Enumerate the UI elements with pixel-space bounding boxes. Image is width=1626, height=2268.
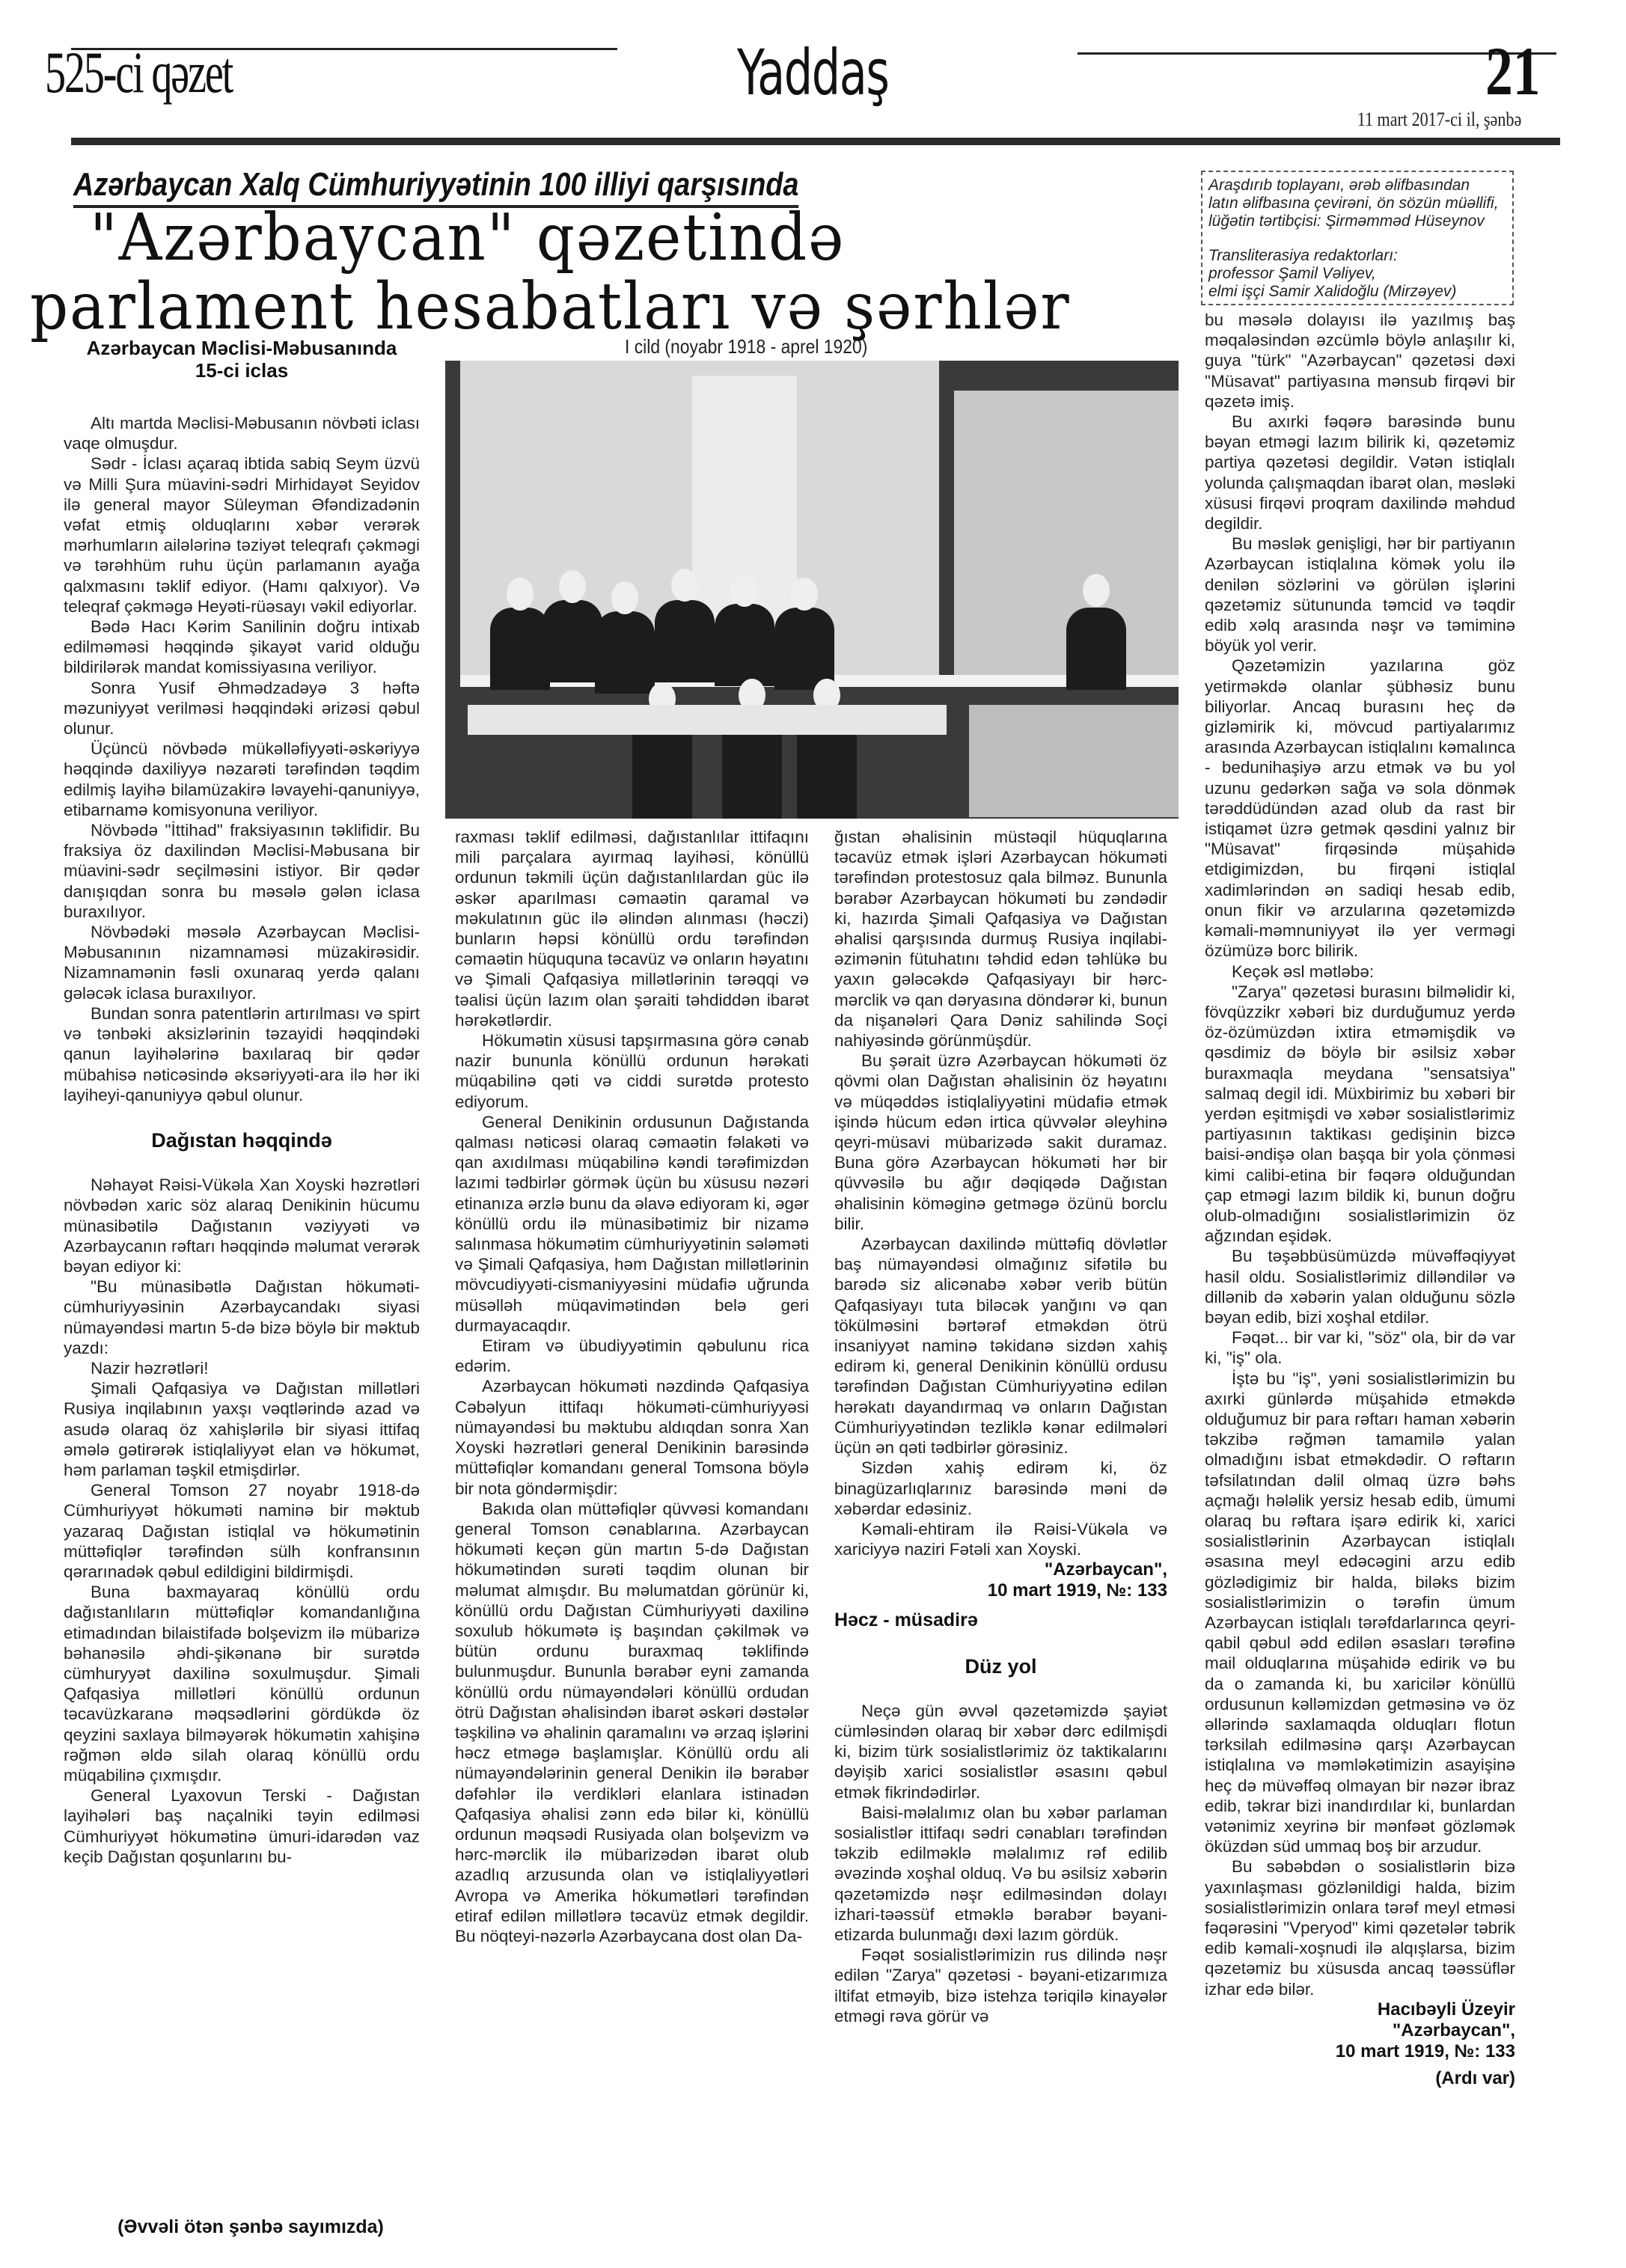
paragraph: Sədr - İclası açaraq ibtida sabiq Seym ü… xyxy=(64,453,420,617)
paragraph: General Tomson 27 noyabr 1918-də Cümhuri… xyxy=(64,1480,420,1582)
paragraph: Kəmali-ehtiram ilə Rəisi-Vükəla və xaric… xyxy=(834,1519,1167,1559)
paper-name: 525-ci qəzet xyxy=(45,39,232,106)
paragraph: Fəqət... bir var ki, "söz" ola, bir də v… xyxy=(1205,1327,1515,1368)
continued-from-note: (Əvvəli ötən şənbə sayımızda) xyxy=(82,2216,419,2238)
paragraph: Etiram və übudiyyətimin qəbulunu rica ed… xyxy=(455,1336,809,1376)
headline-line-1: "Azərbaycan" qəzetində xyxy=(90,201,845,275)
article-column-3: ğıstan əhalisinin müstəqil hüquqlarına t… xyxy=(834,827,1167,2026)
paragraph: Qəzetəmizin yazılarına göz yetirməkdə ol… xyxy=(1205,655,1515,961)
paragraph: Sizdən xahiş edirəm ki, öz binagüzarlıql… xyxy=(834,1458,1167,1519)
credits-box: Araşdırıb toplayanı, ərəb əlifbasından l… xyxy=(1201,171,1514,305)
archival-photo xyxy=(445,361,1179,819)
paragraph: Nəhayət Rəisi-Vükəla Xan Xoyski həzrətlə… xyxy=(64,1175,420,1277)
paragraph: Altı martda Məclisi-Məbusanın növbəti ic… xyxy=(64,413,420,453)
paragraph: Hökumətin xüsusi tapşırmasına görə cənab… xyxy=(455,1030,809,1112)
paragraph: Neçə gün əvvəl qəzetəmizdə şayiət cümləs… xyxy=(834,1701,1167,1803)
section-title: Yaddaş xyxy=(737,36,888,109)
paragraph: Azərbaycan daxilində müttəfiq dövlətlər … xyxy=(834,1234,1167,1458)
paragraph: Şimali Qafqasiya və Dağıstan millətləri … xyxy=(64,1378,420,1480)
paragraph: Fəqət sosialistlərimizin rus dilində nəş… xyxy=(834,1945,1167,2026)
paragraph: Bundan sonra patentlərin artırılması və … xyxy=(64,1003,420,1105)
paragraph: Bu səbəbdən o sosialistlərin bizə yaxınl… xyxy=(1205,1856,1515,1999)
continued-note: (Ardı var) xyxy=(1205,2068,1515,2089)
paragraph: ğıstan əhalisinin müstəqil hüquqlarına t… xyxy=(834,827,1167,1051)
paragraph: "Bu münasibətlə Dağıstan hökuməti-cümhur… xyxy=(64,1277,420,1358)
article-column-1: Azərbaycan Məclisi-Məbusanında 15-ci icl… xyxy=(64,337,420,1867)
headline-line-2: parlament hesabatları və şərhlər xyxy=(30,269,1070,344)
paragraph: General Denikinin ordusunun Dağıstanda q… xyxy=(455,1112,809,1336)
article-column-2: raxması təklif edilməsi, dağıstanlılar i… xyxy=(455,827,809,1946)
paragraph: Üçüncü növbədə mükəlləfiyyəti-əskəriyyə … xyxy=(64,739,420,820)
paragraph: raxması təklif edilməsi, dağıstanlılar i… xyxy=(455,827,809,1030)
section-title-dagistan: Dağıstan həqqində xyxy=(64,1131,420,1151)
paragraph: General Lyaxovun Terski - Dağıstan layih… xyxy=(64,1785,420,1867)
author-signature: Hacıbəyli Üzeyir "Azərbaycan", 10 mart 1… xyxy=(1205,1999,1515,2089)
paragraph: Bu təşəbbüsümüzdə müvəffəqiyyət hasil ol… xyxy=(1205,1246,1515,1327)
credits-line: latın əlifbasına çevirəni, ön sözün müəl… xyxy=(1208,195,1506,213)
paragraph: Baisi-məlalımız olan bu xəbər parlaman s… xyxy=(834,1803,1167,1945)
paragraph: Azərbaycan hökuməti nəzdində Qafqasiya C… xyxy=(455,1376,809,1498)
paragraph: İştə bu "iş", yəni sosialistlərimizin bu… xyxy=(1205,1369,1515,1857)
paragraph: Bədə Hacı Kərim Sanilinin doğru intixab … xyxy=(64,617,420,678)
source-signature: "Azərbaycan", 10 mart 1919, №: 133 xyxy=(834,1559,1167,1601)
paragraph: Sonra Yusif Əhmədzadəyə 3 həftə məzuniyy… xyxy=(64,678,420,739)
paragraph: Növbədəki məsələ Azərbaycan Məclisi-Məbu… xyxy=(64,922,420,1003)
paragraph: Bu şərait üzrə Azərbaycan hökuməti öz qö… xyxy=(834,1051,1167,1234)
session-subhead: Azərbaycan Məclisi-Məbusanında 15-ci icl… xyxy=(64,337,420,382)
credits-line: Araşdırıb toplayanı, ərəb əlifbasından xyxy=(1208,177,1506,195)
paragraph: Bu axırki fəqərə barəsində bunu bəyan et… xyxy=(1205,412,1515,534)
credits-line: Transliterasiya redaktorları: xyxy=(1208,247,1506,265)
paragraph: Bakıda olan müttəfiqlər qüvvəsi komandan… xyxy=(455,1499,809,1946)
paragraph: Keçək əsl mətləbə: xyxy=(1205,962,1515,982)
credits-line: lüğətin tərtibçisi: Şirməmməd Hüseynov xyxy=(1208,213,1506,230)
paragraph: "Zarya" qəzetəsi burasını bilməlidir ki,… xyxy=(1205,982,1515,1247)
page-number: 21 xyxy=(1485,31,1541,111)
section-label-hecz: Həcz - müsadirə xyxy=(834,1610,1167,1630)
issue-date: 11 mart 2017-ci il, şənbə xyxy=(1357,108,1521,131)
credits-line: elmi işçi Samir Xalidoğlu (Mirzəyev) xyxy=(1208,283,1506,301)
article-column-4: bu məsələ dolayısı ilə yazılmış baş məqa… xyxy=(1205,310,1515,2089)
paragraph: Nazir həzrətləri! xyxy=(64,1358,420,1378)
credits-line: professor Şamil Vəliyev, xyxy=(1208,265,1506,283)
paragraph: Bu məslək genişligi, hər bir partiyanın … xyxy=(1205,534,1515,655)
paragraph: bu məsələ dolayısı ilə yazılmış baş məqa… xyxy=(1205,310,1515,412)
masthead-top-rule-right xyxy=(1078,52,1556,55)
masthead-bottom-rule xyxy=(71,138,1560,145)
paragraph: Növbədə "İttihad" fraksiyasının təklifid… xyxy=(64,820,420,922)
section-title-duz-yol: Düz yol xyxy=(834,1657,1167,1677)
volume-label: I cild (noyabr 1918 - aprel 1920) xyxy=(625,335,867,358)
paragraph: Buna baxmayaraq könüllü ordu dağıstanlıl… xyxy=(64,1582,420,1785)
